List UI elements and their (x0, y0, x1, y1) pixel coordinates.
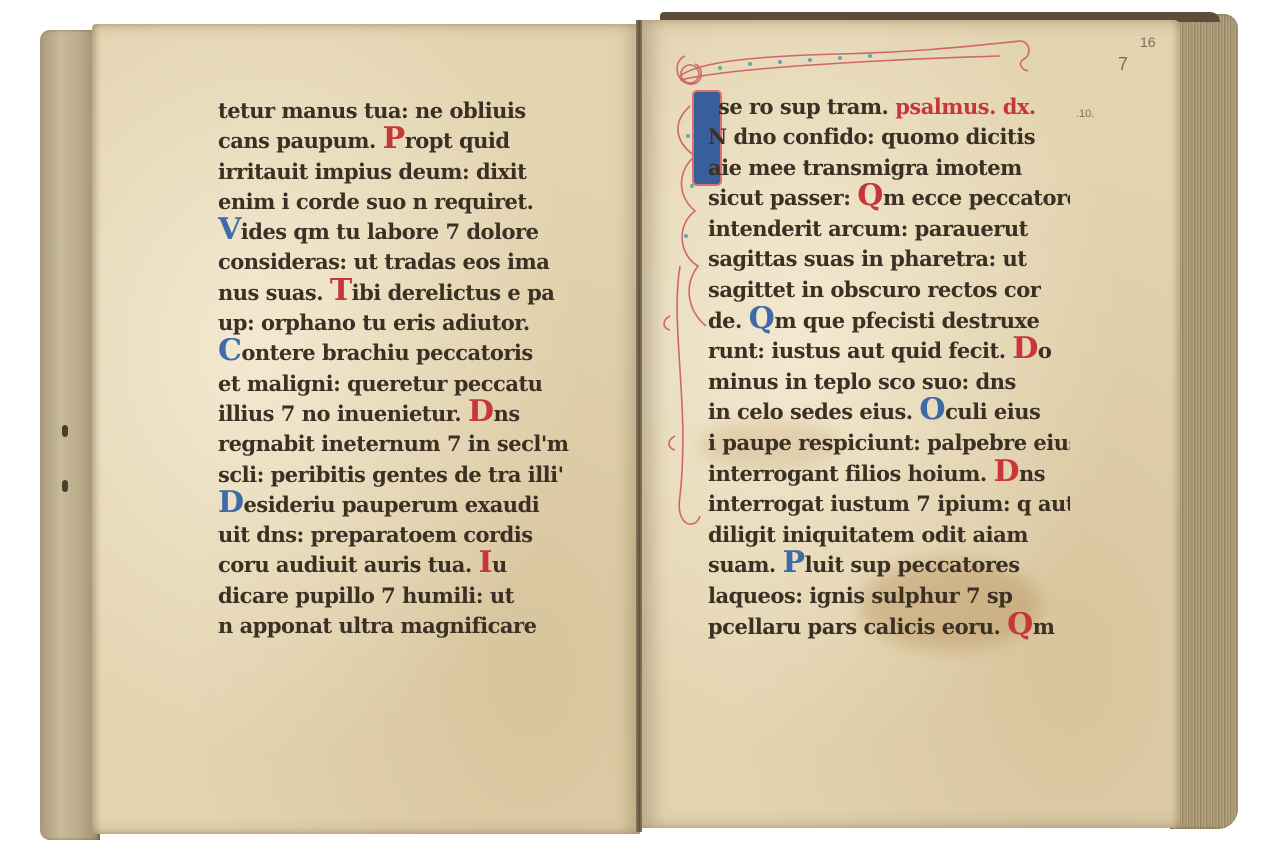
text-line: irritauit impius deum: dixit (218, 157, 578, 187)
initial-red: T (330, 278, 352, 304)
text-line: enim i corde suo n requiret. (218, 187, 578, 217)
text-line: minus in teplo sco suo: dns (708, 367, 1070, 398)
text-line: et maligni: queretur peccatu (218, 369, 578, 399)
text-line: sagittas suas in pharetra: ut (708, 244, 1070, 275)
folio-number: 16 (1140, 34, 1156, 50)
text-line: suam. Pluit sup peccatores (708, 550, 1070, 581)
right-text-column: se ro sup tram. psalmus. dx. N dno confi… (708, 122, 1070, 642)
text-line: diligit iniquitatem odit aiam (708, 520, 1070, 551)
right-page-edges (1170, 14, 1238, 829)
text-line: Contere brachiu peccatoris (218, 338, 578, 368)
initial-blue: V (218, 217, 241, 243)
text-line: cans paupum. Propt quid (218, 126, 578, 156)
margin-note: 7 (1118, 54, 1128, 75)
initial-red: Q (857, 183, 883, 209)
text-line: runt: iustus aut quid fecit. Do (708, 336, 1070, 367)
initial-red: D (468, 399, 494, 425)
initial-blue: P (783, 550, 805, 576)
initial-blue: C (218, 338, 241, 364)
text-line: consideras: ut tradas eos ima (218, 247, 578, 277)
initial-blue: O (919, 397, 945, 423)
text-line: pcellaru pars calicis eoru. Qm (708, 612, 1070, 643)
text-line: interrogant filios hoium. Dns (708, 459, 1070, 490)
binding-hole (62, 425, 68, 437)
text-line: uit dns: preparatoem cordis (218, 520, 578, 550)
initial-blue: D (218, 490, 244, 516)
initial-red: I (478, 550, 492, 576)
text-line: n apponat ultra magnificare (218, 611, 578, 641)
left-text-column: tetur manus tua: ne obliuiscans paupum. … (218, 96, 578, 641)
text-line: up: orphano tu eris adiutor. (218, 308, 578, 338)
binding-hole (62, 480, 68, 492)
text-line: sagittet in obscuro rectos cor (708, 275, 1070, 306)
text-line: sicut passer: Qm ecce peccatores (708, 183, 1070, 214)
text-line: i paupe respiciunt: palpebre eius (708, 428, 1070, 459)
initial-red: D (1012, 336, 1038, 362)
manuscript-spread: tetur manus tua: ne obliuiscans paupum. … (0, 0, 1280, 860)
text-line: nus suas. Tibi derelictus e pa (218, 278, 578, 308)
psalm-heading: se ro sup tram. psalmus. dx. (718, 92, 1036, 123)
left-cover-spine (40, 30, 100, 840)
text-line: dicare pupillo 7 humili: ut (218, 581, 578, 611)
text-line: N dno confido: quomo dicitis (708, 122, 1070, 153)
margin-note: .10. (1076, 108, 1094, 120)
text-line: scli: peribitis gentes de tra illi' (218, 460, 578, 490)
text-line: in celo sedes eius. Oculi eius (708, 397, 1070, 428)
initial-red: Q (1007, 612, 1033, 638)
text-line: interrogat iustum 7 ipium: q aut (708, 489, 1070, 520)
text-line: Vides qm tu labore 7 dolore (218, 217, 578, 247)
text-line: aie mee transmigra imotem (708, 153, 1070, 184)
text-line: intenderit arcum: parauerut (708, 214, 1070, 245)
text-line: Desideriu pauperum exaudi (218, 490, 578, 520)
text-line: laqueos: ignis sulphur 7 sp (708, 581, 1070, 612)
text-line: regnabit ineternum 7 in secl'm (218, 429, 578, 459)
text-line: coru audiuit auris tua. Iu (218, 550, 578, 580)
text-line: illius 7 no inuenietur. Dns (218, 399, 578, 429)
initial-red: P (383, 126, 405, 152)
initial-red: D (993, 459, 1019, 485)
initial-blue: Q (749, 306, 775, 332)
text-line: de. Qm que pfecisti destruxe (708, 306, 1070, 337)
psalm-rubric: psalmus. dx. (895, 94, 1036, 119)
text-line: tetur manus tua: ne obliuis (218, 96, 578, 126)
